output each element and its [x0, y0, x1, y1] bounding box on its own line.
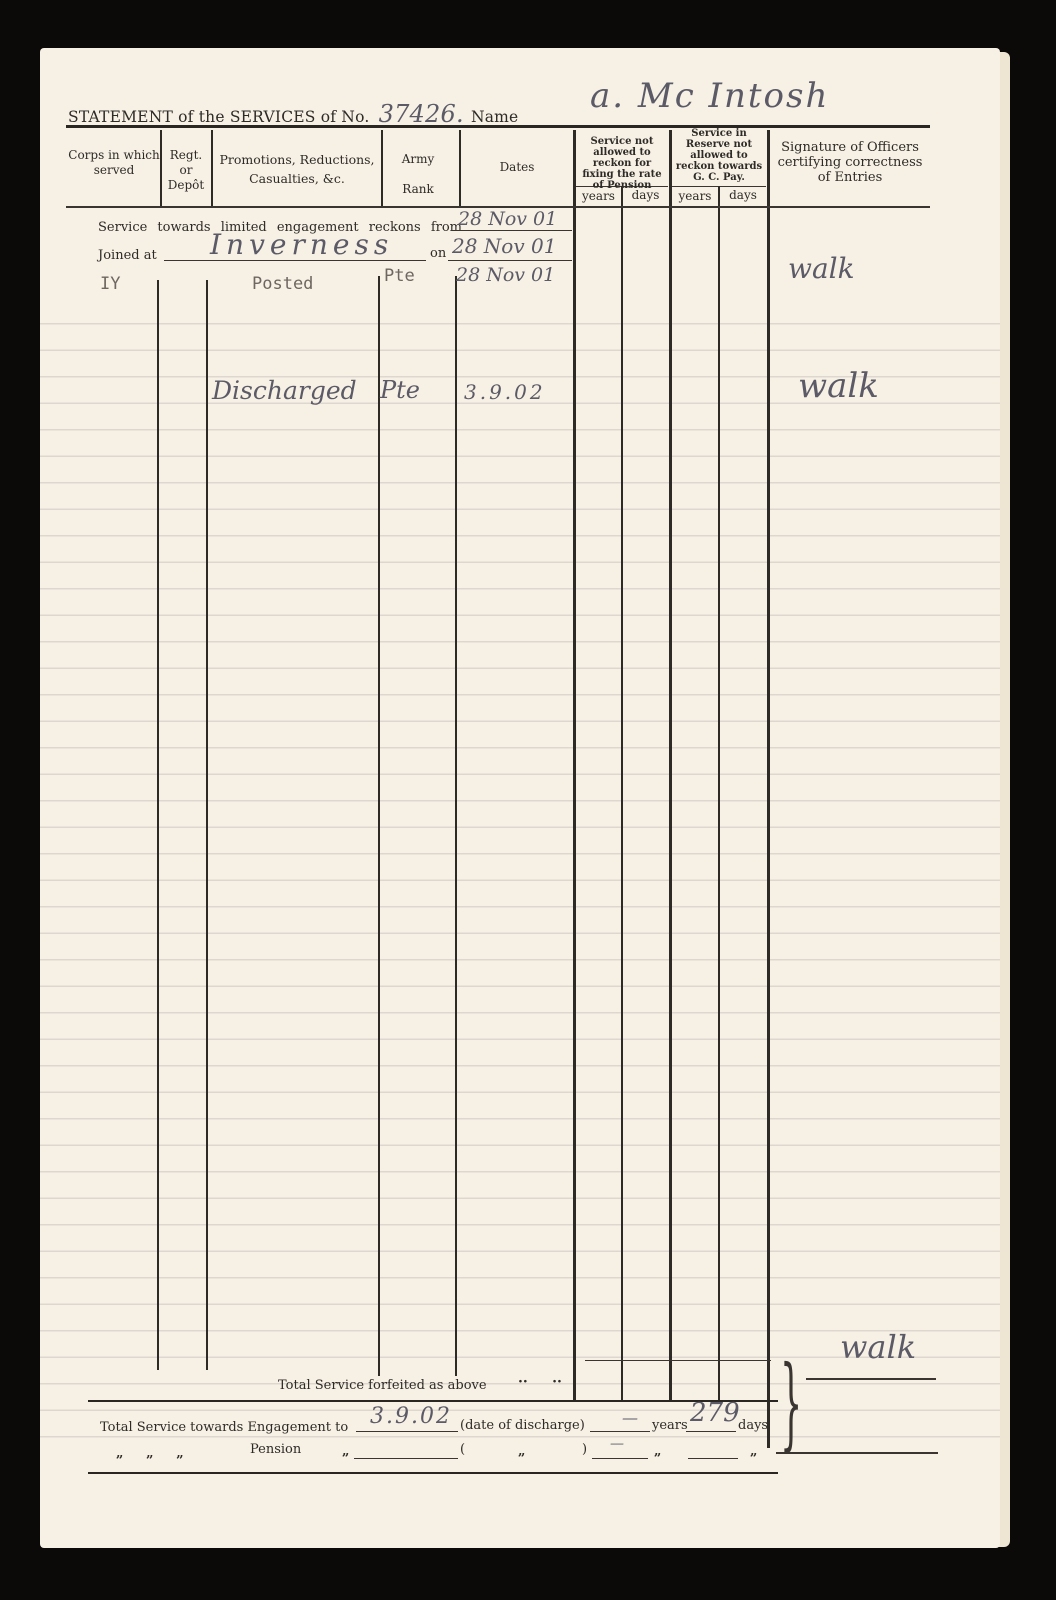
pension-years-ditto: „: [654, 1444, 661, 1459]
header-top-rule: [66, 125, 930, 128]
service-reckons-date: 28 Nov 01: [458, 208, 557, 230]
joined-on-label: on: [430, 246, 446, 261]
pension-date-underline: [354, 1458, 458, 1459]
final-signature-line: [806, 1378, 936, 1380]
hdr-sep-7: [767, 130, 770, 206]
joined-on-underline: [448, 260, 572, 261]
forfeited-dots: ·· ··: [518, 1374, 562, 1390]
body-sep-reserve-years: [718, 208, 720, 1400]
entry-1-signature: walk: [788, 252, 855, 285]
engagement-date-underline: [356, 1431, 458, 1432]
body-sep-rank: [455, 276, 457, 1376]
years-label: years: [652, 1418, 688, 1433]
entry-2-signature: walk: [798, 366, 879, 406]
service-number: 37426.: [379, 100, 464, 128]
col-header-regt: Regt. or Depôt: [162, 148, 210, 193]
hdr-sep-2: [211, 130, 213, 206]
col-header-promotions: Promotions, Reductions, Casualties, &c.: [214, 150, 380, 188]
col-header-pension-years: years: [576, 189, 621, 204]
pension-days-underline: [688, 1458, 738, 1459]
pension-paren-ditto: „: [518, 1444, 525, 1459]
hdr-sep-3: [381, 130, 383, 206]
body-sep-corps: [157, 280, 159, 1370]
title-line: STATEMENT of the SERVICES of No. 37426. …: [68, 100, 518, 128]
pension-paren-open: (: [460, 1442, 465, 1457]
pension-ditto-marks: „ „ „: [116, 1446, 184, 1461]
final-signature: walk: [840, 1328, 916, 1366]
joined-at-underline: [164, 260, 426, 261]
col-header-reserve-years: years: [672, 189, 718, 204]
forfeited-label: Total Service forfeited as above: [278, 1378, 487, 1393]
col-header-reserve-group: Service in Reserve not allowed to reckon…: [672, 128, 766, 183]
entry-1-corps: IY: [100, 274, 120, 294]
col-header-reserve-days: days: [720, 188, 766, 203]
engagement-days: 279: [690, 1398, 740, 1428]
body-sep-pension-days: [669, 208, 672, 1400]
engagement-label: Total Service towards Engagement to: [100, 1420, 348, 1435]
engagement-years: —: [622, 1408, 638, 1427]
bottom-right-rule: [776, 1452, 938, 1454]
col-header-corps: Corps in which served: [68, 148, 160, 178]
days-label: days: [738, 1418, 768, 1433]
pension-years: —: [610, 1436, 624, 1452]
engagement-date: 3.9.02: [370, 1404, 452, 1429]
entry-1-rank: Pte: [384, 266, 415, 286]
body-sep-promotions: [378, 276, 380, 1376]
service-record-page: STATEMENT of the SERVICES of No. 37426. …: [40, 48, 1000, 1548]
forfeited-top-rule: [585, 1360, 771, 1361]
engagement-days-underline: [686, 1431, 736, 1432]
col-header-signature: Signature of Officers certifying correct…: [775, 140, 925, 185]
entry-2-promotion: Discharged: [212, 376, 357, 405]
body-sep-dates: [573, 208, 576, 1400]
service-reckons-underline: [452, 230, 572, 231]
joined-at-place: Inverness: [210, 228, 393, 261]
entry-2-date: 3.9.02: [464, 380, 546, 404]
col-header-pension-days: days: [623, 188, 668, 203]
date-of-discharge-label: (date of discharge): [460, 1418, 585, 1433]
bottom-rule: [88, 1472, 778, 1474]
pension-years-underline: [592, 1458, 648, 1459]
forfeited-bottom-rule: [88, 1400, 778, 1402]
joined-on-date: 28 Nov 01: [452, 234, 556, 258]
col-header-pension-group: Service not allowed to reckon for fixing…: [576, 136, 668, 191]
col-header-dates: Dates: [461, 160, 573, 175]
entry-1-date: 28 Nov 01: [456, 264, 555, 286]
summary-bracket: }: [780, 1348, 802, 1458]
pension-days-ditto: „: [750, 1444, 757, 1459]
engagement-years-underline: [590, 1431, 650, 1432]
name-label: Name: [471, 108, 518, 126]
body-sep-pension-years: [621, 208, 623, 1400]
entry-1-promotion: Posted: [252, 274, 313, 294]
title-prefix: STATEMENT of the SERVICES of No.: [68, 108, 369, 126]
entry-2-rank: Pte: [380, 376, 420, 404]
name-value: a. Mc Intosh: [590, 76, 829, 116]
body-sep-reserve-days: [767, 208, 770, 1448]
pension-paren-close: ): [582, 1442, 587, 1457]
body-sep-regt: [206, 280, 208, 1370]
pension-to-ditto: „: [342, 1444, 349, 1459]
col-header-rank: Army Rank: [390, 144, 446, 204]
joined-at-label: Joined at: [98, 248, 157, 263]
pension-label: Pension: [250, 1442, 301, 1457]
